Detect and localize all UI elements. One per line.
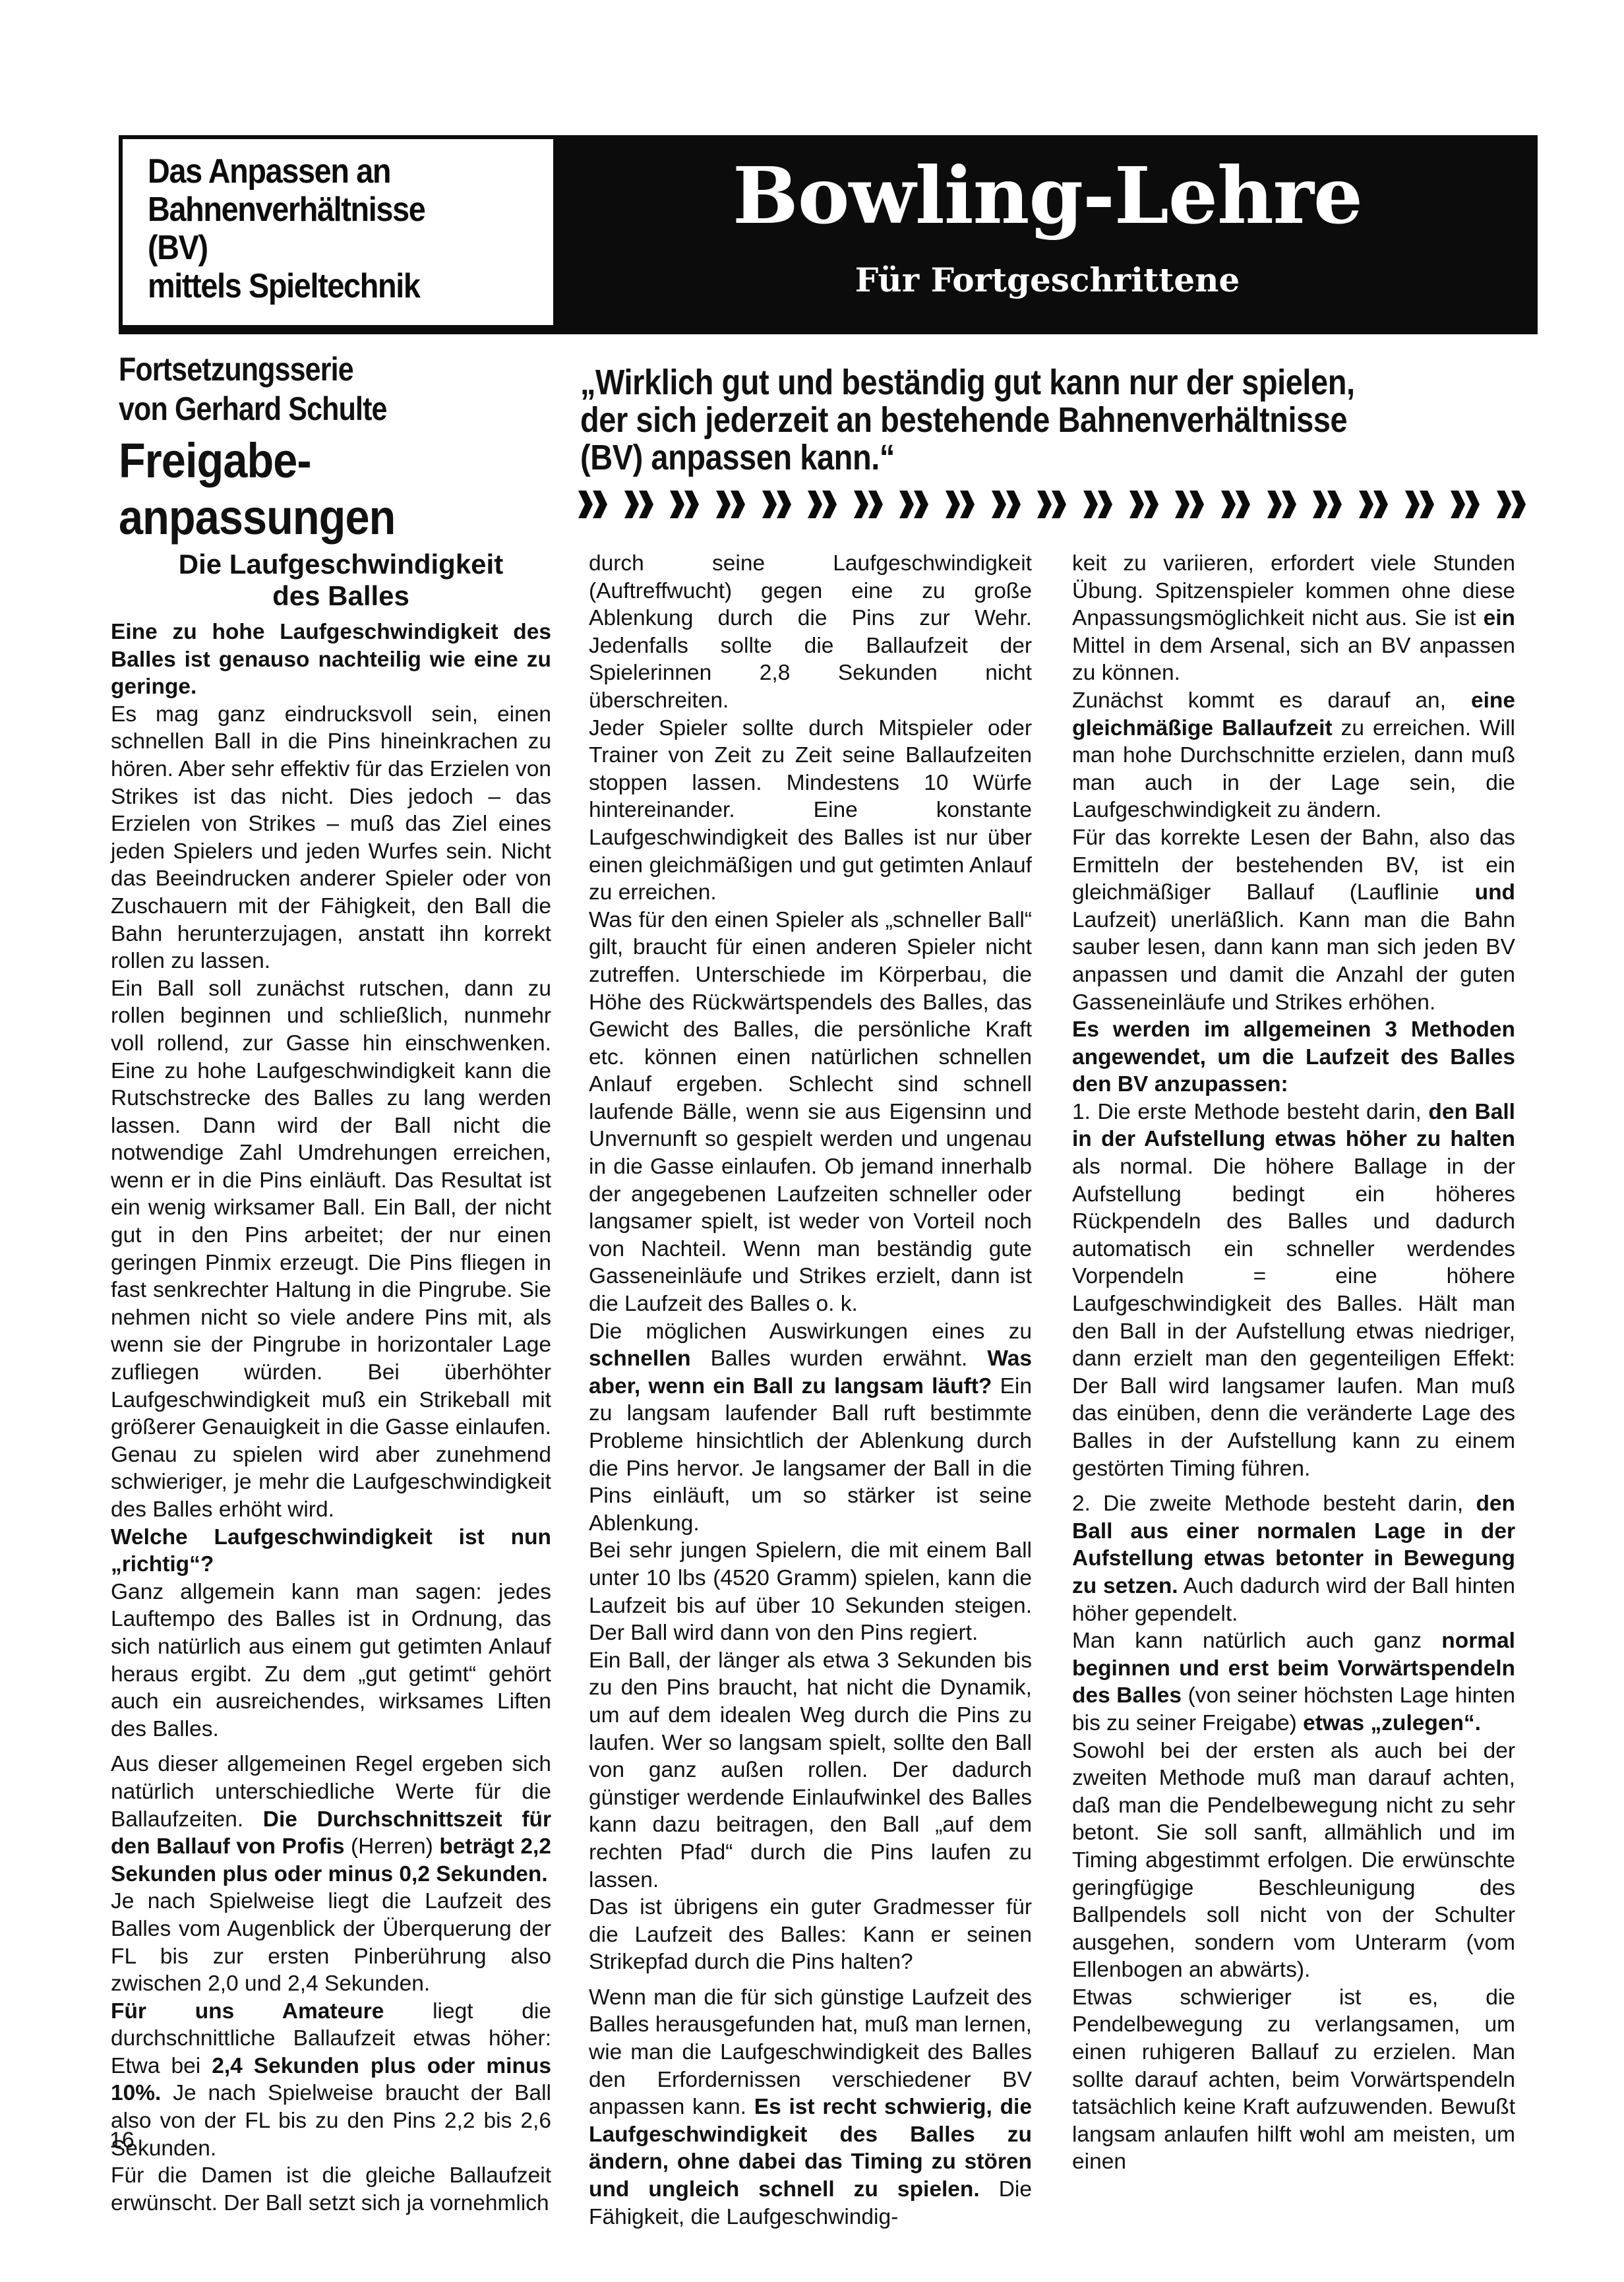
- paragraph: Man kann natürlich auch ganz normal begi…: [1072, 1627, 1515, 1737]
- paragraph: Ganz allgemein kann man sagen: jedes Lau…: [111, 1578, 551, 1743]
- text: Was für den einen Spieler als „schneller…: [589, 908, 1032, 1316]
- text: Die möglichen Auswirkungen eines zu: [589, 1319, 1032, 1344]
- text: Ganz allgemein kann man sagen: jedes Lau…: [111, 1580, 551, 1741]
- text: Etwas schwieriger ist es, die Pendelbewe…: [1072, 1985, 1515, 2175]
- bold-text: Eine zu hohe Laufgeschwindigkeit des Bal…: [111, 620, 551, 699]
- bold-text: Für uns Amateure: [111, 1999, 384, 2024]
- paragraph: Die möglichen Auswirkungen eines zu schn…: [589, 1318, 1032, 1538]
- double-chevron-right-icon: [1495, 489, 1530, 520]
- paragraph: Ein Ball, der länger als etwa 3 Sekunden…: [589, 1647, 1032, 1894]
- double-chevron-right-icon: [853, 489, 887, 520]
- text: Mittel in dem Arsenal, sich an BV anpass…: [1072, 634, 1515, 686]
- text: keit zu variieren, erfordert viele Stund…: [1072, 551, 1515, 630]
- paragraph: Was für den einen Spieler als „schneller…: [589, 907, 1032, 1318]
- bold-text: Welche Laufgeschwindigkeit ist nun „rich…: [111, 1525, 551, 1577]
- section-heading-line: Die Laufgeschwindigkeit: [131, 549, 551, 580]
- text: Jeder Spieler sollte durch Mitspieler od…: [589, 716, 1032, 905]
- paragraph: Bei sehr jungen Spielern, die mit einem …: [589, 1537, 1032, 1646]
- paragraph: Für uns Amateure liegt die durchschnittl…: [111, 1998, 551, 2163]
- bold-text: etwas „zulegen“.: [1303, 1711, 1481, 1735]
- bold-text: Es werden im allgemeinen 3 Methoden ange…: [1072, 1017, 1515, 1096]
- double-chevron-right-icon: [1449, 489, 1484, 520]
- text: Bei sehr jungen Spielern, die mit einem …: [589, 1538, 1032, 1645]
- text: Das ist übrigens ein guter Gradmesser fü…: [589, 1895, 1032, 1974]
- paragraph: Jeder Spieler sollte durch Mitspieler od…: [589, 715, 1032, 907]
- topic-line: (BV): [148, 229, 513, 267]
- pull-quote: „Wirklich gut und beständig gut kann nur…: [580, 364, 1549, 477]
- text: 1. Die erste Methode besteht darin,: [1072, 1100, 1428, 1124]
- paragraph: Ein Ball soll zunächst rutschen, dann zu…: [111, 975, 551, 1524]
- double-chevron-right-icon: [1358, 489, 1392, 520]
- text: Zunächst kommt es darauf an,: [1072, 688, 1471, 713]
- bold-text: und: [1475, 880, 1515, 905]
- topic-box: Das Anpassen an Bahnenverhältnisse (BV) …: [119, 135, 557, 329]
- paragraph: durch seine Laufgeschwindigkeit (Auftref…: [589, 550, 1032, 715]
- paragraph: Je nach Spielweise liegt die Laufzeit de…: [111, 1888, 551, 1997]
- text: Für das korrekte Lesen der Bahn, also da…: [1072, 826, 1515, 905]
- series-label: Fortsetzungsserie: [119, 349, 504, 389]
- article-column-2: durch seine Laufgeschwindigkeit (Auftref…: [589, 550, 1032, 2231]
- double-chevron-right-icon: [990, 489, 1025, 520]
- double-chevron-right-icon: [898, 489, 932, 520]
- topic-line: Bahnenverhältnisse: [148, 191, 513, 229]
- chevron-divider: [577, 489, 1530, 526]
- topic-line: mittels Spieltechnik: [148, 267, 513, 305]
- article-column-1: Die Laufgeschwindigkeit des Balles Eine …: [111, 549, 551, 2217]
- double-chevron-right-icon: [1311, 489, 1346, 520]
- text: Für die Damen ist die gleiche Ballaufzei…: [111, 2163, 551, 2215]
- paragraph: Das ist übrigens ein guter Gradmesser fü…: [589, 1894, 1032, 1976]
- double-chevron-right-icon: [623, 489, 657, 520]
- paragraph: Es werden im allgemeinen 3 Methoden ange…: [1072, 1016, 1515, 1098]
- text: durch seine Laufgeschwindigkeit (Auftref…: [589, 551, 1032, 713]
- bold-text: ein: [1484, 606, 1515, 630]
- text: Laufzeit) unerläßlich. Kann man die Bahn…: [1072, 908, 1515, 1015]
- paragraph: Eine zu hohe Laufgeschwindigkeit des Bal…: [111, 618, 551, 701]
- double-chevron-right-icon: [1174, 489, 1208, 520]
- paragraph: Es mag ganz eindrucksvoll sein, einen sc…: [111, 701, 551, 975]
- paragraph: Für das korrekte Lesen der Bahn, also da…: [1072, 824, 1515, 1016]
- text: Ein Ball soll zunächst rutschen, dann zu…: [111, 976, 551, 1522]
- double-chevron-right-icon: [715, 489, 749, 520]
- author-byline: von Gerhard Schulte: [119, 389, 504, 429]
- text: Ein Ball, der länger als etwa 3 Sekunden…: [589, 1648, 1032, 1892]
- double-chevron-right-icon: [806, 489, 841, 520]
- paragraph: Sowohl bei der ersten als auch bei der z…: [1072, 1737, 1515, 1984]
- text: Balles wurden erwähnt.: [691, 1346, 988, 1371]
- double-chevron-right-icon: [577, 489, 611, 520]
- text: Je nach Spielweise braucht der Ball also…: [111, 2081, 551, 2160]
- paragraph: Wenn man die für sich günstige Laufzeit …: [589, 1984, 1032, 2231]
- quote-line: „Wirklich gut und beständig gut kann nur…: [580, 364, 1424, 402]
- page-number: 16: [109, 2127, 135, 2153]
- topic-line: Das Anpassen an: [148, 152, 513, 191]
- double-chevron-right-icon: [1404, 489, 1438, 520]
- section-heading-line: des Balles: [131, 580, 551, 612]
- double-chevron-right-icon: [1082, 489, 1116, 520]
- paragraph: Etwas schwieriger ist es, die Pendelbewe…: [1072, 1984, 1515, 2176]
- double-chevron-right-icon: [1128, 489, 1162, 520]
- article-title: anpassungen: [119, 489, 522, 546]
- paragraph: Für die Damen ist die gleiche Ballaufzei…: [111, 2162, 551, 2217]
- text: Man kann natürlich auch ganz: [1072, 1629, 1441, 1653]
- text: Je nach Spielweise liegt die Laufzeit de…: [111, 1889, 551, 1996]
- double-chevron-right-icon: [1036, 489, 1070, 520]
- paragraph: keit zu variieren, erfordert viele Stund…: [1072, 550, 1515, 687]
- text: als normal. Die höhere Ballage in der Au…: [1072, 1155, 1515, 1481]
- page-title: Bowling-Lehre: [557, 150, 1538, 242]
- text: (Herren): [344, 1834, 439, 1859]
- column-body: durch seine Laufgeschwindigkeit (Auftref…: [589, 550, 1032, 2231]
- paragraph: 2. Die zweite Methode besteht darin, den…: [1072, 1490, 1515, 1627]
- paragraph: Zunächst kommt es darauf an, eine gleich…: [1072, 687, 1515, 824]
- article-title: Freigabe-: [119, 433, 522, 489]
- bold-text: schnellen: [589, 1346, 691, 1371]
- text: Es mag ganz eindrucksvoll sein, einen sc…: [111, 702, 551, 973]
- section-heading: Die Laufgeschwindigkeit des Balles: [111, 549, 551, 612]
- series-block: Fortsetzungsserie von Gerhard Schulte Fr…: [119, 349, 567, 546]
- header-banner: Das Anpassen an Bahnenverhältnisse (BV) …: [119, 135, 1538, 334]
- double-chevron-right-icon: [669, 489, 703, 520]
- column-body: keit zu variieren, erfordert viele Stund…: [1072, 550, 1515, 2176]
- paragraph: Welche Laufgeschwindigkeit ist nun „rich…: [111, 1524, 551, 1578]
- text: 2. Die zweite Methode besteht darin,: [1072, 1491, 1476, 1516]
- double-chevron-right-icon: [944, 489, 978, 520]
- article-column-3: keit zu variieren, erfordert viele Stund…: [1072, 550, 1515, 2176]
- scan-speck: [1309, 2132, 1313, 2136]
- text: Sowohl bei der ersten als auch bei der z…: [1072, 1739, 1515, 1983]
- paragraph: Aus dieser allgemeinen Regel ergeben sic…: [111, 1751, 551, 1888]
- paragraph: 1. Die erste Methode besteht darin, den …: [1072, 1098, 1515, 1482]
- quote-line: (BV) anpassen kann.“: [580, 439, 1424, 477]
- page-subtitle: Für Fortgeschrittene: [557, 260, 1538, 300]
- double-chevron-right-icon: [1220, 489, 1254, 520]
- column-body: Eine zu hohe Laufgeschwindigkeit des Bal…: [111, 618, 551, 2217]
- double-chevron-right-icon: [1266, 489, 1300, 520]
- quote-line: der sich jederzeit an bestehende Bahnenv…: [580, 402, 1424, 439]
- double-chevron-right-icon: [761, 489, 795, 520]
